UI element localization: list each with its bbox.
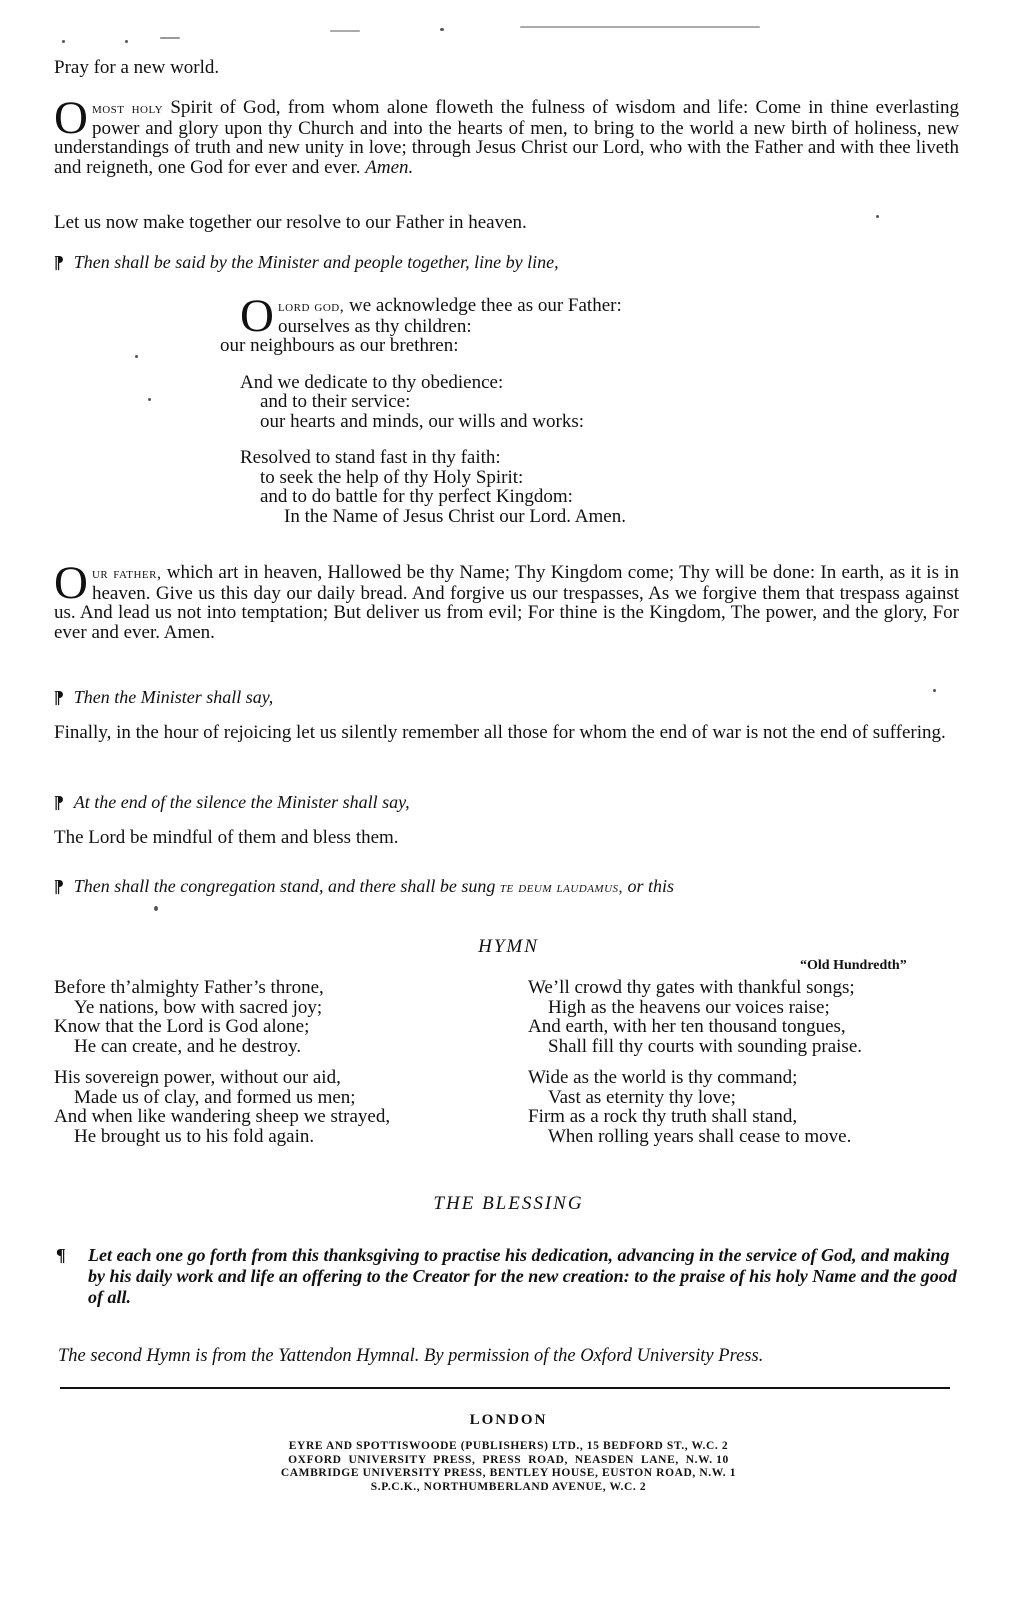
collect-smallcaps: most holy: [92, 100, 163, 117]
rubric-smallcaps: te deum laudamus,: [500, 879, 623, 896]
acknowledgement: The second Hymn is from the Yattendon Hy…: [58, 1346, 963, 1367]
resolve-stanza-2: And we dedicate to thy obedience: and to…: [240, 373, 800, 432]
hymn-line: Vast as eternity thy love;: [528, 1088, 862, 1108]
hymn-line: And when like wandering sheep we strayed…: [54, 1107, 390, 1127]
resolve-line: Resolved to stand fast in thy faith:: [240, 448, 800, 468]
rubric-minister-say: ¶Then the Minister shall say,: [54, 688, 273, 708]
hymn-line: He brought us to his fold again.: [54, 1127, 390, 1147]
pilcrow-icon: ¶: [56, 1245, 66, 1266]
hymn-line: Shall fill thy courts with sounding prai…: [528, 1037, 862, 1057]
footer-publishers: EYRE AND SPOTTISWOODE (PUBLISHERS) LTD.,…: [0, 1440, 1017, 1494]
hymn-right-column: We’ll crowd thy gates with thankful song…: [528, 978, 862, 1158]
resolve-line: we acknowledge thee as our Father:: [344, 295, 622, 316]
resolve-line: ourselves as thy children:: [240, 317, 800, 337]
lords-prayer-text: which art in heaven, Hallowed be thy Nam…: [54, 562, 959, 643]
collect-prayer: Omost holy Spirit of God, from whom alon…: [54, 98, 959, 177]
resolve-line: our hearts and minds, our wills and work…: [240, 412, 800, 432]
footer-city: LONDON: [0, 1414, 1017, 1428]
collect-amen: Amen.: [365, 157, 413, 178]
hymn-verse-1: Before th’almighty Father’s throne, Ye n…: [54, 978, 390, 1056]
resolve-stanza-3: Resolved to stand fast in thy faith: to …: [240, 448, 800, 526]
blessing-text: ¶ Let each one go forth from this thanks…: [60, 1245, 960, 1308]
hymn-line: His sovereign power, without our aid,: [54, 1068, 390, 1088]
resolve-stanza-1: O lord god, we acknowledge thee as our F…: [240, 296, 800, 356]
resolve-line: our neighbours as our brethren:: [220, 336, 800, 356]
hymn-verse-3: We’ll crowd thy gates with thankful song…: [528, 978, 862, 1056]
hymn-line: When rolling years shall cease to move.: [528, 1127, 862, 1147]
collect-text: Spirit of God, from whom alone floweth t…: [54, 97, 959, 178]
pilcrow-icon: ¶: [54, 793, 64, 813]
publisher-line: S.P.C.K., NORTHUMBERLAND AVENUE, W.C. 2: [0, 1481, 1017, 1495]
lords-prayer: Our father, which art in heaven, Hallowe…: [54, 563, 959, 642]
publisher-line: EYRE AND SPOTTISWOODE (PUBLISHERS) LTD.,…: [0, 1440, 1017, 1454]
resolve-line: and to their service:: [240, 392, 800, 412]
hymn-line: And earth, with her ten thousand tongues…: [528, 1017, 862, 1037]
pilcrow-icon: ¶: [54, 877, 64, 897]
resolve-line: and to do battle for thy perfect Kingdom…: [240, 487, 800, 507]
hymn-tune: “Old Hundredth”: [800, 958, 907, 974]
hymn-left-column: Before th’almighty Father’s throne, Ye n…: [54, 978, 390, 1158]
hymn-title: HYMN: [0, 936, 1017, 958]
mindful-text: The Lord be mindful of them and bless th…: [54, 828, 399, 848]
resolve-litany: O lord god, we acknowledge thee as our F…: [240, 296, 800, 526]
blessing-body: Let each one go forth from this thanksgi…: [60, 1245, 960, 1308]
rubric-text: At the end of the silence the Minister s…: [74, 792, 410, 812]
drop-cap: O: [54, 564, 88, 602]
resolve-line: And we dedicate to thy obedience:: [240, 373, 800, 393]
resolve-intro: Let us now make together our resolve to …: [54, 213, 527, 233]
hymn-line: Before th’almighty Father’s throne,: [54, 978, 390, 998]
rubric-tail: or this: [623, 876, 674, 896]
publisher-line: OXFORD UNIVERSITY PRESS, PRESS ROAD, NEA…: [0, 1454, 1017, 1468]
resolve-line: In the Name of Jesus Christ our Lord. Am…: [240, 507, 800, 527]
hymn-verse-2: His sovereign power, without our aid, Ma…: [54, 1068, 390, 1146]
hymn-line: High as the heavens our voices raise;: [528, 998, 862, 1018]
drop-cap: O: [240, 297, 274, 335]
hymn-line: Wide as the world is thy command;: [528, 1068, 862, 1088]
drop-cap: O: [54, 99, 88, 137]
hymn-line: We’ll crowd thy gates with thankful song…: [528, 978, 862, 998]
hymn-verse-4: Wide as the world is thy command; Vast a…: [528, 1068, 862, 1146]
pilcrow-icon: ¶: [54, 688, 64, 708]
hymn-line: Ye nations, bow with sacred joy;: [54, 998, 390, 1018]
rubric-text: Then shall be said by the Minister and p…: [74, 252, 559, 272]
resolve-line: to seek the help of thy Holy Spirit:: [240, 468, 800, 488]
hymn-line: Made us of clay, and formed us men;: [54, 1088, 390, 1108]
rubric-text: Then the Minister shall say,: [74, 687, 274, 707]
rubric-congregation-stand: ¶Then shall the congregation stand, and …: [54, 877, 674, 898]
remembrance-text: Finally, in the hour of rejoicing let us…: [54, 723, 959, 743]
hymn-line: Firm as a rock thy truth shall stand,: [528, 1107, 862, 1127]
rubric-text: Then shall the congregation stand, and t…: [74, 876, 500, 896]
rubric-line-by-line: ¶Then shall be said by the Minister and …: [54, 253, 559, 273]
pilcrow-icon: ¶: [54, 253, 64, 273]
hymn-line: He can create, and he destroy.: [54, 1037, 390, 1057]
divider-rule: [60, 1387, 950, 1389]
resolve-smallcaps: lord god,: [278, 298, 344, 315]
lords-prayer-smallcaps: ur father,: [92, 565, 162, 582]
intro-heading: Pray for a new world.: [54, 58, 219, 78]
hymn-line: Know that the Lord is God alone;: [54, 1017, 390, 1037]
rubric-end-silence: ¶At the end of the silence the Minister …: [54, 793, 410, 813]
publisher-line: CAMBRIDGE UNIVERSITY PRESS, BENTLEY HOUS…: [0, 1467, 1017, 1481]
blessing-title: THE BLESSING: [0, 1193, 1017, 1215]
